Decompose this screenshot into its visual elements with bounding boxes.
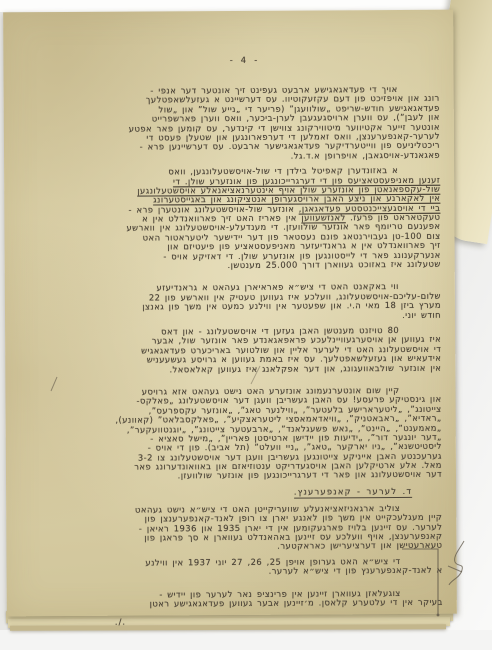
section-heading: ד. לערער - קאנפערענץ. bbox=[294, 486, 412, 499]
paragraph: אויך די פעדאגאגישע ארבעט געפינט זיך אונט… bbox=[50, 85, 440, 163]
paragraph: קיין שום אונטערנעמונג אונזערע האט נישט ג… bbox=[51, 386, 442, 482]
paragraph: צוליב ארגאניזאציאנעלע שוועריקייטן האט די… bbox=[52, 504, 442, 553]
paragraph: א באזונדערן קאפיטל בילדן די שול-אויסשטעל… bbox=[50, 166, 441, 272]
text-line: שטעלונג איז באזוכט געווארן דורך 25.000 מ… bbox=[51, 260, 441, 272]
text-segment: א לאנד-קאנפערענץ פון די ציש״א לערער. bbox=[269, 565, 443, 576]
text-line: חודש יוני. bbox=[51, 310, 441, 322]
document-page: - 4 - אויך די פעדאגאגישע ארבעט געפינט זי… bbox=[3, 10, 457, 617]
typewritten-text-block: - 4 - אויך די פעדאגאגישע ארבעט געפינט זי… bbox=[49, 54, 442, 628]
text-segment: בעיקר אין די עלטערע קלאסן. מ׳זיינען אבער… bbox=[150, 597, 443, 609]
text-line: טעארעטישן און דערציערישן כאראקטער. bbox=[52, 541, 442, 553]
text-line: דער אויסשטעלונג און פאר די דערגרייכונגען… bbox=[52, 470, 442, 482]
text-line: בעיקר אין די עלטערע קלאסן. מ׳זיינען אבער… bbox=[53, 598, 443, 610]
text-segment: חודש יוני. bbox=[402, 309, 441, 319]
text-segment: דער אויסשטעלונג און פאר די דערגרייכונגען… bbox=[178, 469, 442, 481]
page-number: - 4 - bbox=[49, 54, 439, 66]
backdrop-bottom-edge bbox=[0, 630, 492, 650]
paragraph: די ציש״א האט גערופן אויפן 25, 26, 27 יונ… bbox=[52, 557, 442, 578]
section-heading-row: ד. לערער - קאנפערענץ. bbox=[52, 486, 412, 498]
text-segment: שטעלונג איז באזוכט געווארן דורך 25.000 מ… bbox=[227, 259, 440, 270]
photo-backdrop: { "document": { "page_number": "- 4 -", … bbox=[0, 0, 492, 650]
text-segment: מערץ ביזן 18 מאי ה.י. און שפעטער אין ווי… bbox=[142, 300, 441, 312]
paragraph: 80 טויזנט מענטשן האבן געזען די אויסשטעלו… bbox=[51, 326, 441, 375]
text-segment: פאגאנדע-אויסגאבן, אויפרופן א.ד.גל. bbox=[291, 149, 440, 160]
text-segment: אין אונזער שולבאוועגונג, און דער אפקלאנג… bbox=[169, 362, 441, 374]
text-line: אין אונזער שולבאוועגונג, און דער אפקלאנג… bbox=[51, 363, 441, 375]
text-line: פאגאנדע-אויסגאבן, אויפרופן א.ד.גל. bbox=[50, 150, 440, 162]
text-segment: טעארעטישן און דערציערישן כאראקטער. bbox=[277, 540, 442, 551]
paragraph: צוגעלאזן געווארן זיינען אין פרינציפ נאר … bbox=[53, 588, 443, 609]
paragraph: ווי באקאנט האט די ציש״א פאראיארן געהאט א… bbox=[51, 282, 441, 322]
text-line: א לאנד-קאנפערענץ פון די ציש״א לערער. bbox=[53, 566, 443, 578]
